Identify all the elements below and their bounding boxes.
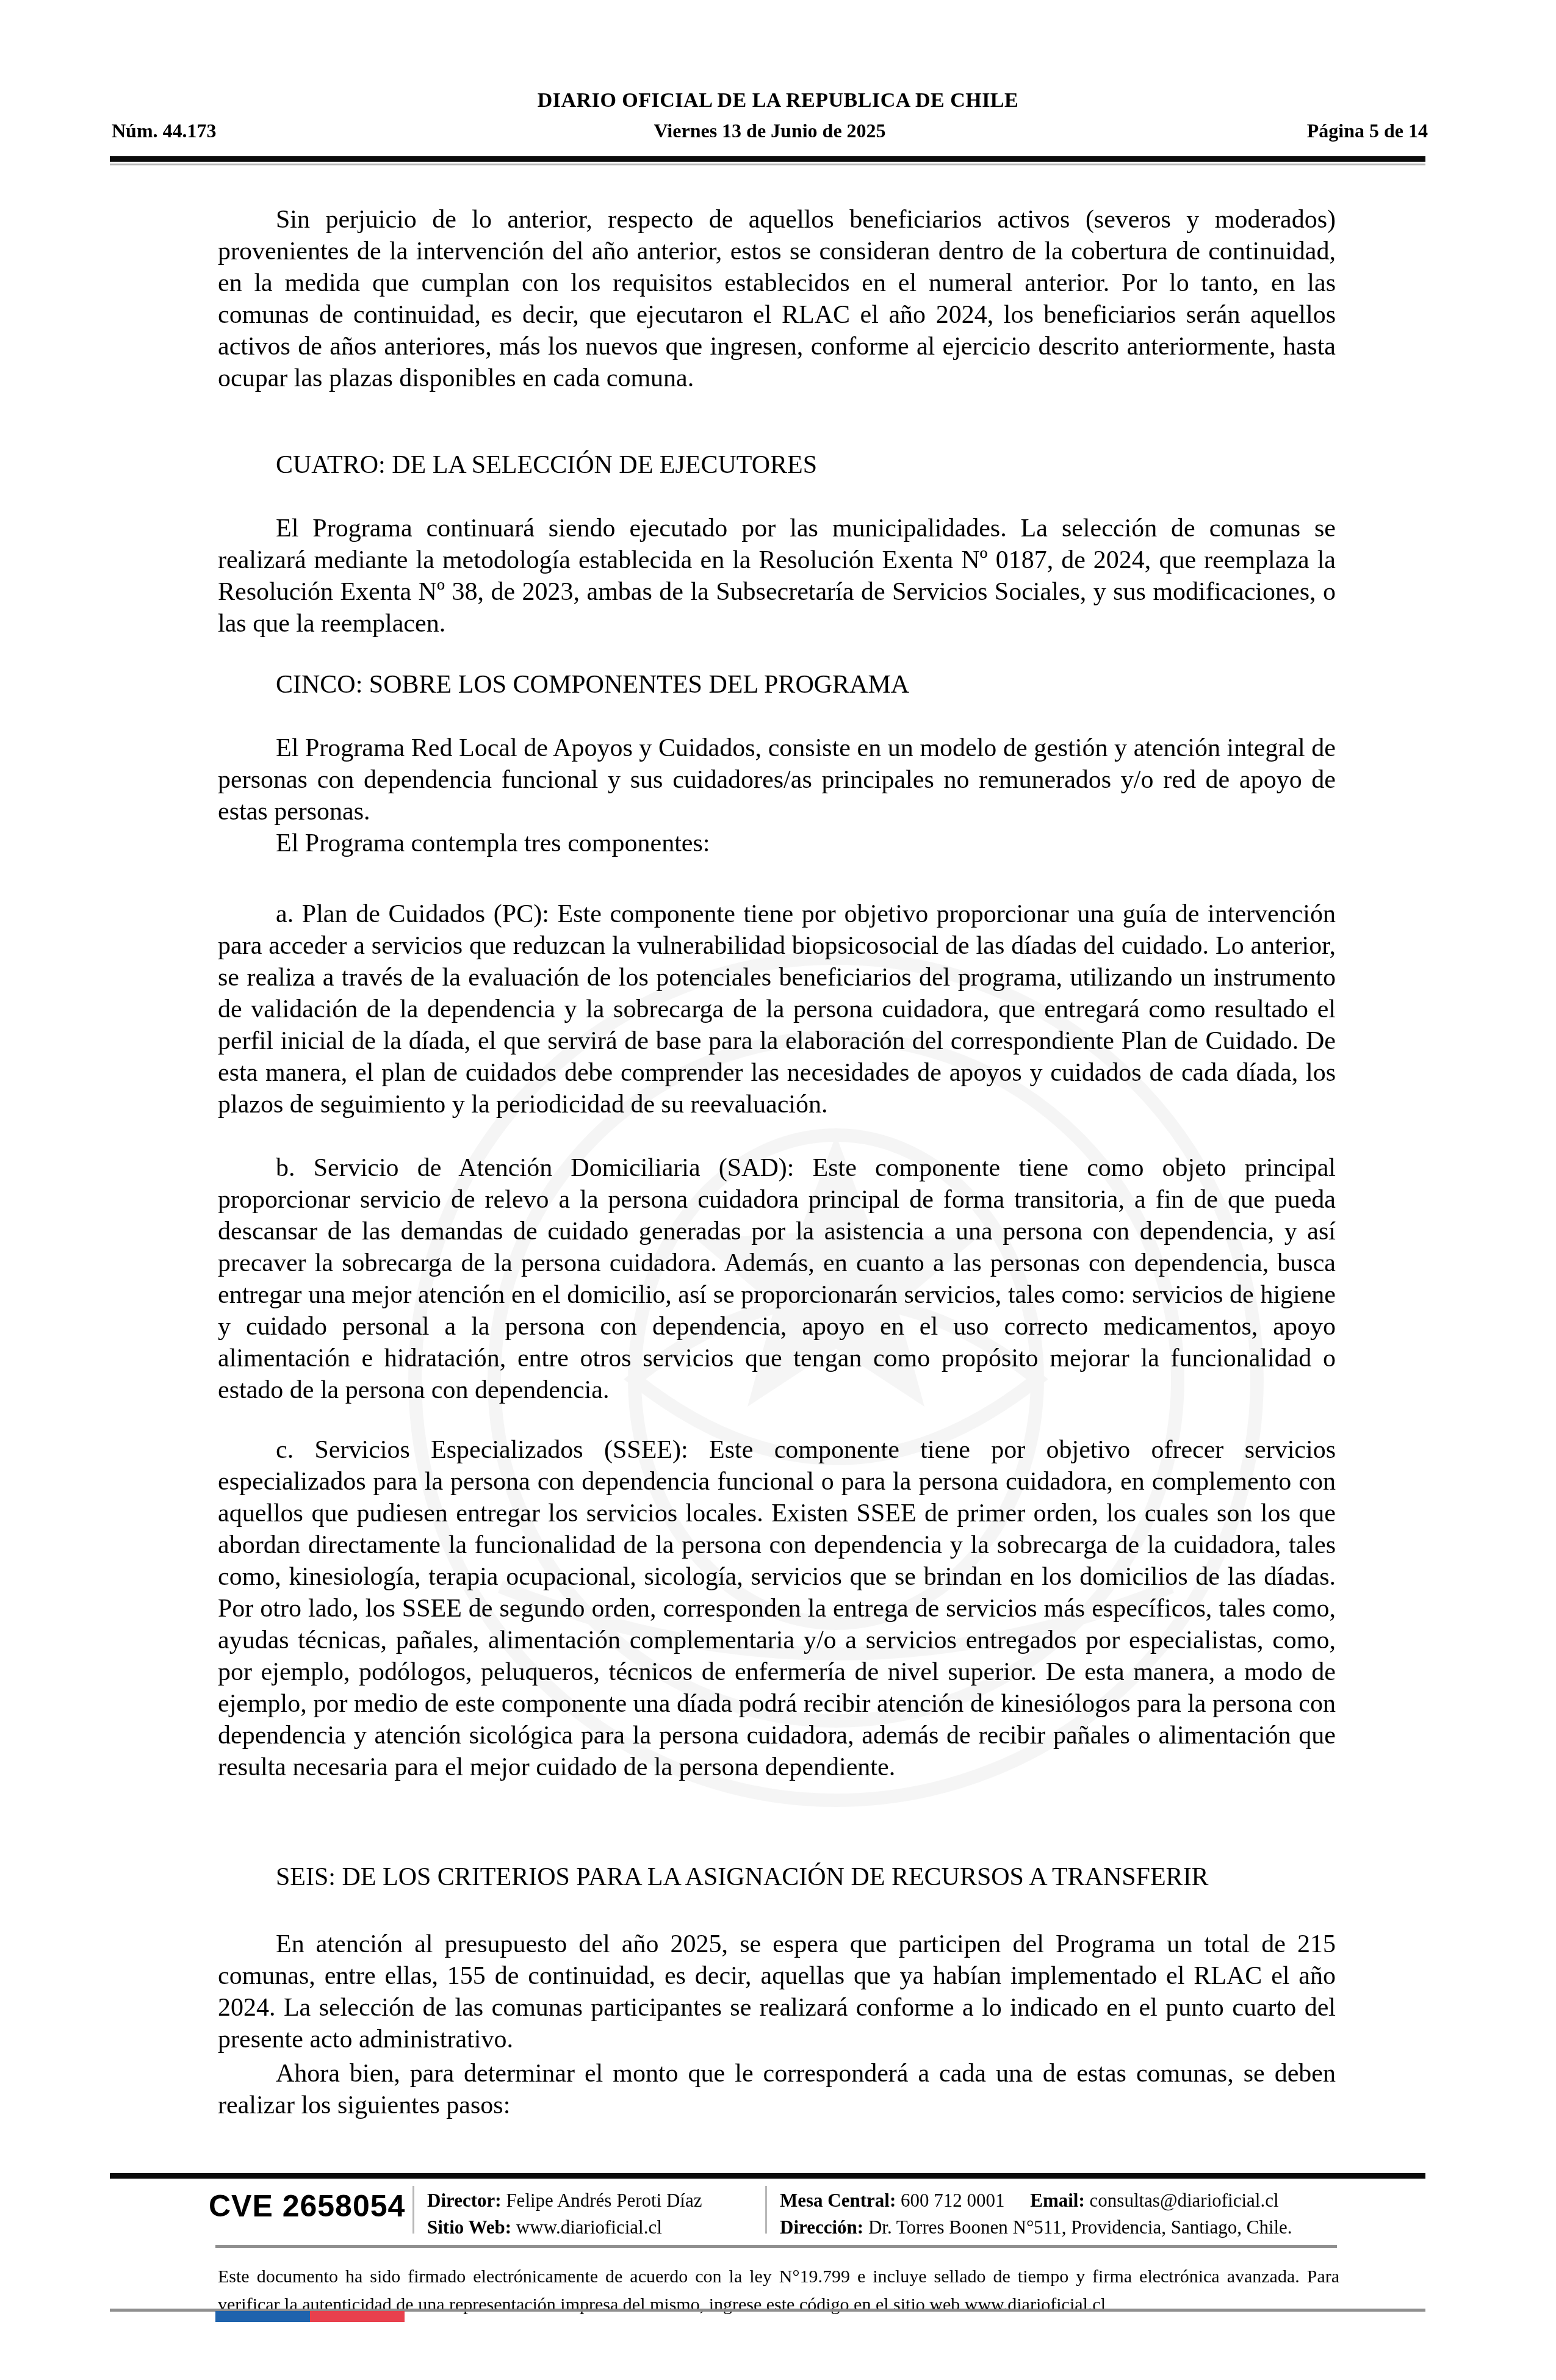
call-center-value: 600 712 0001 — [901, 2190, 1005, 2211]
footer-rule-top — [110, 2173, 1425, 2179]
email-value: consultas@diarioficial.cl — [1090, 2190, 1279, 2211]
flag-blue-segment — [215, 2311, 310, 2322]
document-page: DIARIO OFICIAL DE LA REPUBLICA DE CHILE … — [0, 0, 1556, 2380]
call-center-label: Mesa Central: — [780, 2190, 896, 2211]
footer-column-contact: Mesa Central: 600 712 0001 Email: consul… — [780, 2187, 1292, 2241]
body-paragraph-pasos: Ahora bien, para determinar el monto que… — [218, 2058, 1336, 2121]
section-heading-cinco: CINCO: SOBRE LOS COMPONENTES DEL PROGRAM… — [218, 669, 1336, 701]
footer-rule-middle — [215, 2245, 1337, 2248]
address-line: Dirección: Dr. Torres Boonen N°511, Prov… — [780, 2214, 1292, 2241]
footer-divider-2 — [765, 2186, 767, 2234]
page-indicator: Página 5 de 14 — [1307, 120, 1428, 142]
header-rule — [110, 156, 1425, 162]
address-value: Dr. Torres Boonen N°511, Providencia, Sa… — [868, 2216, 1292, 2238]
section-heading-cuatro: CUATRO: DE LA SELECCIÓN DE EJECUTORES — [218, 449, 1336, 481]
body-paragraph-servicios-especializados: c. Servicios Especializados (SSEE): Este… — [218, 1434, 1336, 1783]
publication-title: DIARIO OFICIAL DE LA REPUBLICA DE CHILE — [0, 89, 1556, 112]
footer-column-director: Director: Felipe Andrés Peroti Díaz Siti… — [427, 2187, 702, 2241]
email-label: Email: — [1030, 2190, 1085, 2211]
website-label: Sitio Web: — [427, 2216, 511, 2238]
body-paragraph-ejecutores: El Programa continuará siendo ejecutado … — [218, 513, 1336, 640]
body-paragraph-continuidad: Sin perjuicio de lo anterior, respecto d… — [218, 204, 1336, 394]
body-paragraph-presupuesto-2025: En atención al presupuesto del año 2025,… — [218, 1928, 1336, 2055]
body-paragraph-programa-modelo: El Programa Red Local de Apoyos y Cuidad… — [218, 732, 1336, 828]
header-rule-shadow — [110, 164, 1425, 165]
cve-code: CVE 2658054 — [209, 2188, 405, 2224]
publication-date: Viernes 13 de Junio de 2025 — [112, 120, 1428, 142]
director-label: Director: — [427, 2190, 502, 2211]
flag-red-segment — [310, 2311, 405, 2322]
section-heading-seis: SEIS: DE LOS CRITERIOS PARA LA ASIGNACIÓ… — [218, 1861, 1336, 1893]
body-paragraph-atencion-domiciliaria: b. Servicio de Atención Domiciliaria (SA… — [218, 1152, 1336, 1406]
footer-divider-1 — [412, 2186, 414, 2234]
chile-flag-bar — [215, 2311, 405, 2322]
address-label: Dirección: — [780, 2216, 863, 2238]
header-info-row: Núm. 44.173 Viernes 13 de Junio de 2025 … — [112, 120, 1428, 144]
body-paragraph-plan-de-cuidados: a. Plan de Cuidados (PC): Este component… — [218, 898, 1336, 1120]
body-paragraph-tres-componentes: El Programa contempla tres componentes: — [218, 828, 1336, 859]
website-line: Sitio Web: www.diarioficial.cl — [427, 2214, 702, 2241]
director-line: Director: Felipe Andrés Peroti Díaz — [427, 2187, 702, 2214]
contact-line: Mesa Central: 600 712 0001 Email: consul… — [780, 2187, 1292, 2214]
director-value: Felipe Andrés Peroti Díaz — [506, 2190, 702, 2211]
website-value: www.diarioficial.cl — [516, 2216, 662, 2238]
